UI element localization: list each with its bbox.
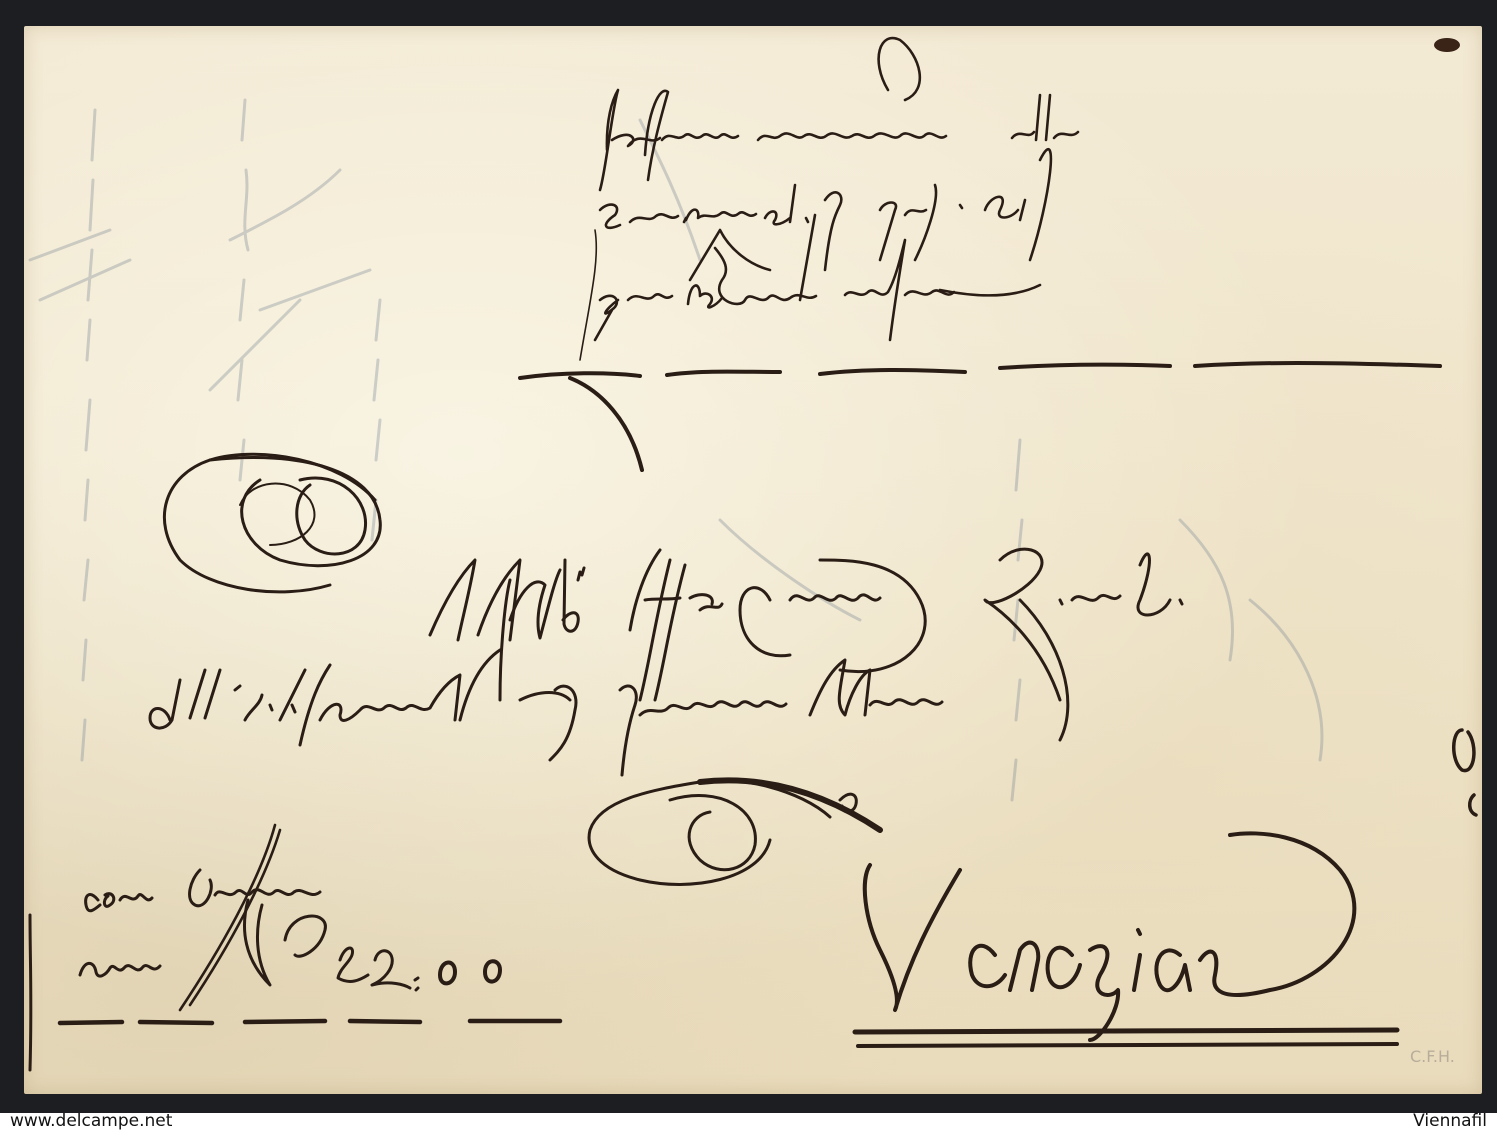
address-line2 <box>150 580 1068 775</box>
pencil-mark: C.F.H. <box>1410 1047 1455 1066</box>
address-flourish-left <box>164 454 380 592</box>
forwarding-note-line2 <box>600 149 1051 300</box>
watermark-delcampe: www.delcampe.net <box>10 1112 172 1131</box>
forwarding-note-line1 <box>600 38 1078 190</box>
photo-background: C.F.H. Per favore raccomandata alla gent… <box>0 0 1497 1113</box>
bottom-left-dashes <box>60 1021 560 1023</box>
watermark-viennafil: Viennafil <box>1413 1112 1487 1131</box>
city-double-underline <box>855 1030 1397 1046</box>
ink-spot-right-1 <box>1454 730 1474 771</box>
city-venezia <box>865 833 1355 1040</box>
ink-spot-top-right <box>1434 38 1460 52</box>
separator-dashes <box>520 230 1440 470</box>
bottom-left-note <box>80 825 500 1010</box>
address-flourish-center <box>589 780 880 884</box>
forwarding-note-line3 <box>595 240 1040 340</box>
left-edge-stroke <box>30 915 31 1070</box>
ink-spot-right-2 <box>1470 795 1476 815</box>
address-line1 <box>430 549 1182 700</box>
handwriting-ink: C.F.H. <box>0 0 1497 1113</box>
